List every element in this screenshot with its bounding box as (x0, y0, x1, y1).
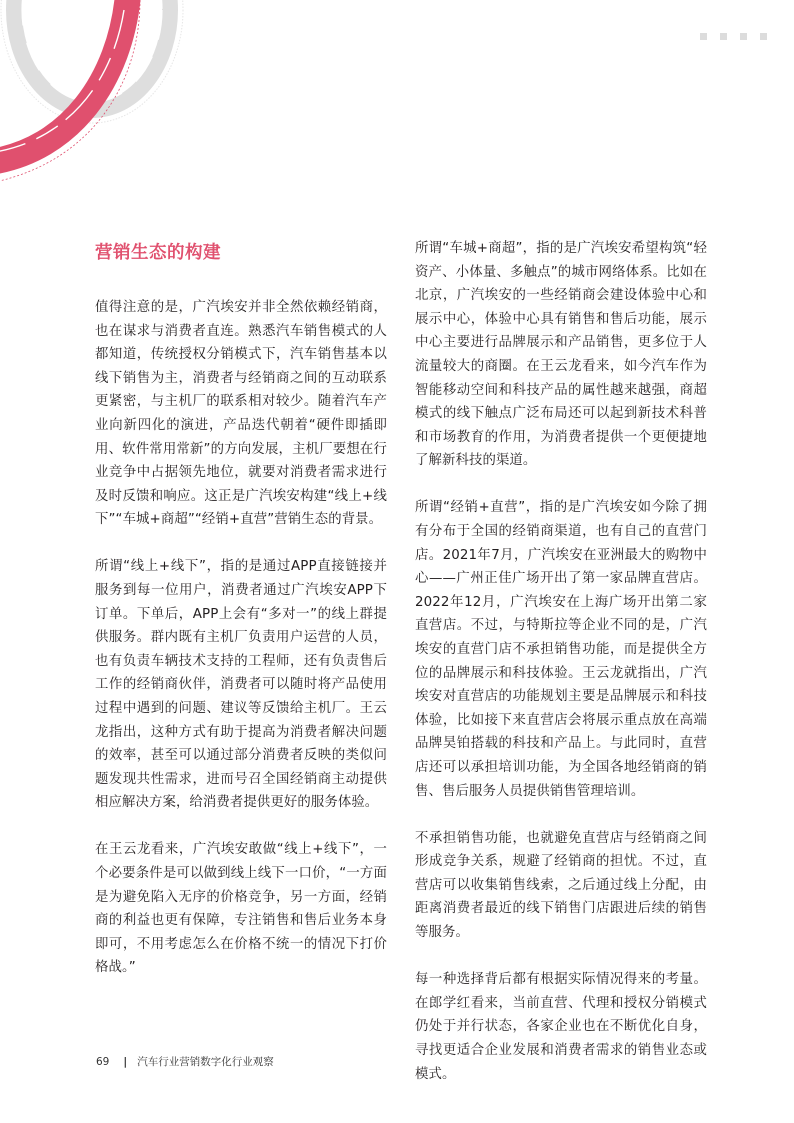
footer-separator: | (123, 1056, 127, 1068)
header-dots-icon (700, 33, 767, 40)
page-footer: 69 | 汽车行业营销数字化行业观察 (96, 1054, 274, 1069)
paragraph: 所谓“经销+直营”，指的是广汽埃安如今除了拥有分布于全国的经销商渠道，也有自己的… (415, 496, 707, 803)
paragraph: 值得注意的是，广汽埃安并非全然依赖经销商，也在谋求与消费者直连。熟悉汽车销售模式… (95, 296, 387, 532)
paragraph: 所谓“车城+商超”，指的是广汽埃安希望构筑“轻资产、小体量、多触点”的城市网络体… (415, 237, 707, 473)
publication-title: 汽车行业营销数字化行业观察 (137, 1054, 274, 1069)
dot-icon (700, 33, 707, 40)
left-column: 营销生态的构建 值得注意的是，广汽埃安并非全然依赖经销商，也在谋求与消费者直连。… (95, 238, 387, 1004)
paragraph: 所谓“线上+线下”，指的是通过APP直接链接并服务到每一位用户，消费者通过广汽埃… (95, 555, 387, 815)
ring-decoration-icon (0, 0, 280, 190)
paragraph: 不承担销售功能，也就避免直营店与经销商之间形成竞争关系，规避了经销商的担忧。不过… (415, 827, 707, 945)
right-column: 所谓“车城+商超”，指的是广汽埃安希望构筑“轻资产、小体量、多触点”的城市网络体… (415, 237, 707, 1110)
paragraph: 每一种选择背后都有根据实际情况得来的考量。在郎学红看来，当前直营、代理和授权分销… (415, 968, 707, 1086)
page-number: 69 (96, 1056, 109, 1068)
paragraph: 在王云龙看来，广汽埃安敢做“线上+线下”，一个必要条件是可以做到线上线下一口价，… (95, 838, 387, 980)
dot-icon (720, 33, 727, 40)
section-title: 营销生态的构建 (95, 238, 387, 268)
dot-icon (740, 33, 747, 40)
dot-icon (760, 33, 767, 40)
